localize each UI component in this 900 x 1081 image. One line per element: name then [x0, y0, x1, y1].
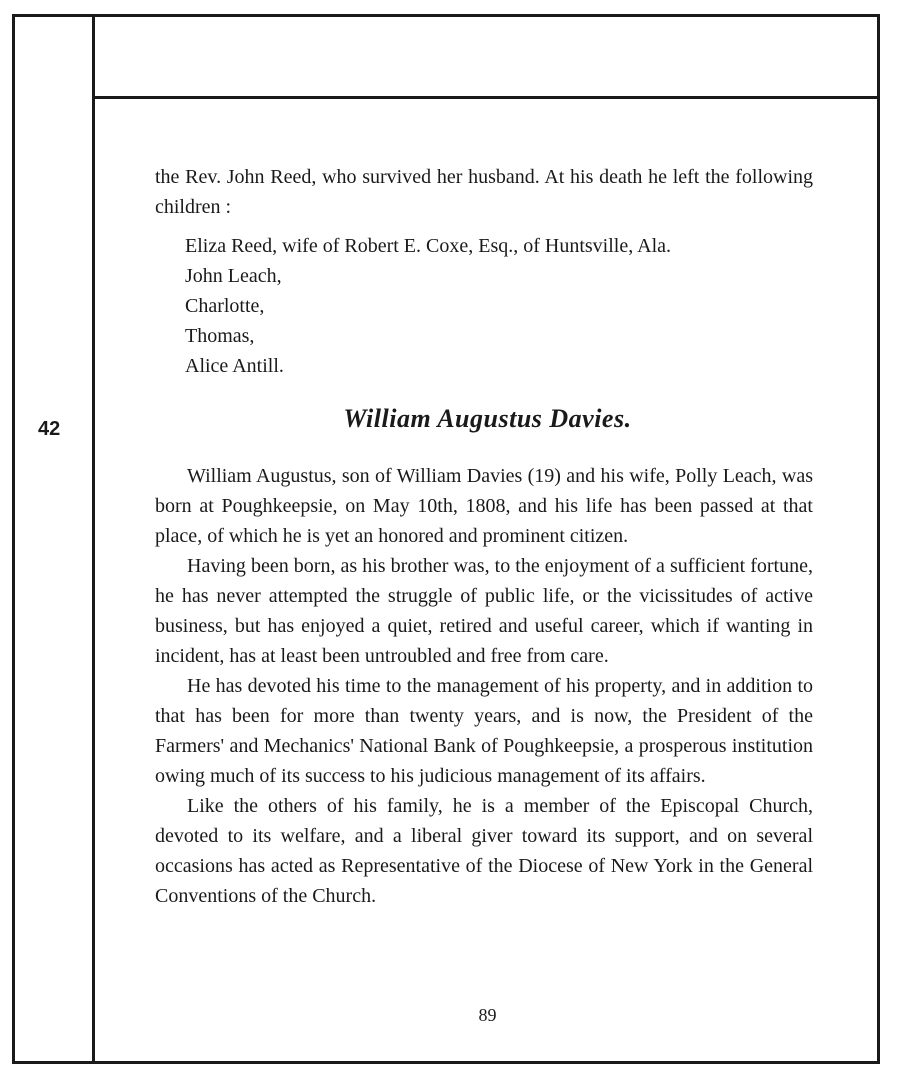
list-item: Eliza Reed, wife of Robert E. Coxe, Esq.… — [185, 231, 671, 261]
biography-body: William Augustus, son of William Davies … — [155, 461, 813, 911]
list-item: Alice Antill. — [185, 351, 671, 381]
paragraph: Like the others of his family, he is a m… — [155, 791, 813, 911]
list-item: Thomas, — [185, 321, 671, 351]
intro-paragraph: the Rev. John Reed, who survived her hus… — [155, 162, 813, 222]
children-list: Eliza Reed, wife of Robert E. Coxe, Esq.… — [185, 231, 671, 381]
header-divider — [95, 96, 880, 99]
section-heading: William Augustus Davies. — [95, 404, 880, 434]
paragraph: Having been born, as his brother was, to… — [155, 551, 813, 671]
paragraph: William Augustus, son of William Davies … — [155, 461, 813, 551]
margin-entry-number: 42 — [38, 418, 60, 441]
paragraph: He has devoted his time to the managemen… — [155, 671, 813, 791]
page-number: 89 — [95, 1005, 880, 1026]
list-item: John Leach, — [185, 261, 671, 291]
list-item: Charlotte, — [185, 291, 671, 321]
margin-column-divider — [92, 14, 95, 1064]
